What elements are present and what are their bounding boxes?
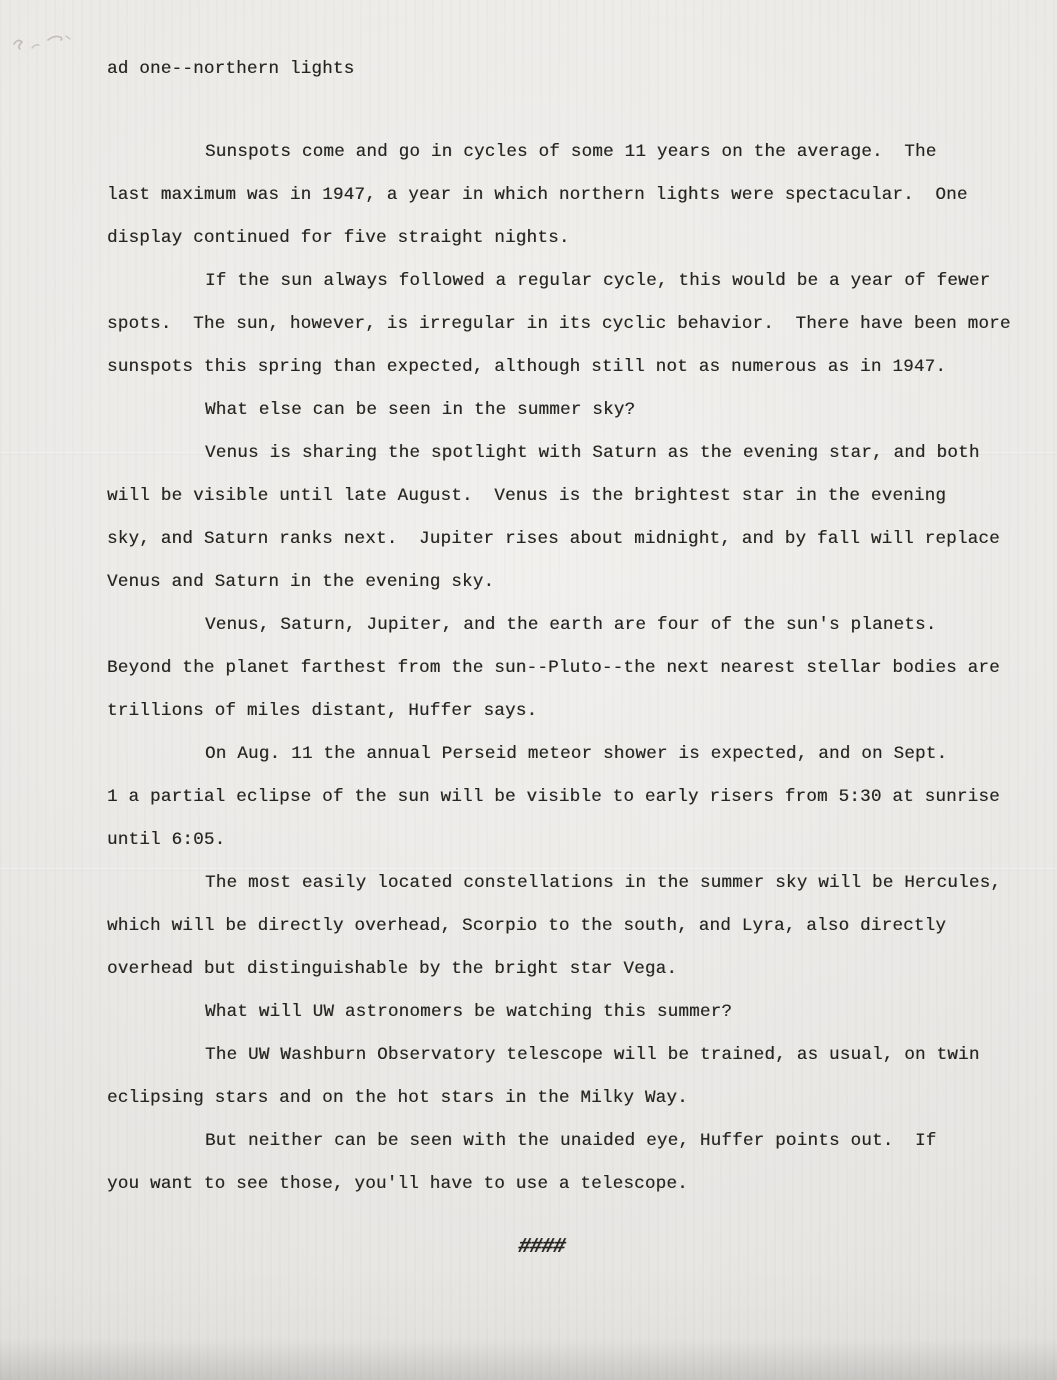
text-line: will be visible until late August. Venus… bbox=[107, 475, 1037, 518]
text-line: The most easily located constellations i… bbox=[107, 862, 1037, 905]
text-line: trillions of miles distant, Huffer says. bbox=[107, 690, 1037, 733]
pencil-mark bbox=[8, 20, 98, 60]
text-line: overhead but distinguishable by the brig… bbox=[107, 948, 1037, 991]
text-line: you want to see those, you'll have to us… bbox=[107, 1163, 1037, 1206]
text-line: If the sun always followed a regular cyc… bbox=[107, 260, 1037, 303]
text-line: eclipsing stars and on the hot stars in … bbox=[107, 1077, 1037, 1120]
text-line: The UW Washburn Observatory telescope wi… bbox=[107, 1034, 1037, 1077]
text-line: display continued for five straight nigh… bbox=[107, 217, 1037, 260]
text-line: Beyond the planet farthest from the sun-… bbox=[107, 647, 1037, 690]
text-line: What will UW astronomers be watching thi… bbox=[107, 991, 1037, 1034]
text-line: But neither can be seen with the unaided… bbox=[107, 1120, 1037, 1163]
text-line: Venus, Saturn, Jupiter, and the earth ar… bbox=[107, 604, 1037, 647]
text-line: until 6:05. bbox=[107, 819, 1037, 862]
text-line: which will be directly overhead, Scorpio… bbox=[107, 905, 1037, 948]
end-mark: #### bbox=[514, 1236, 566, 1259]
text-line: sky, and Saturn ranks next. Jupiter rise… bbox=[107, 518, 1037, 561]
text-line: last maximum was in 1947, a year in whic… bbox=[107, 174, 1037, 217]
text-line: What else can be seen in the summer sky? bbox=[107, 389, 1037, 432]
text-line: 1 a partial eclipse of the sun will be v… bbox=[107, 776, 1037, 819]
document-body: Sunspots come and go in cycles of some 1… bbox=[107, 131, 1037, 1206]
text-line: Sunspots come and go in cycles of some 1… bbox=[107, 131, 1037, 174]
scanned-document-page: ad one--northern lights Sunspots come an… bbox=[0, 0, 1057, 1380]
text-line: spots. The sun, however, is irregular in… bbox=[107, 303, 1037, 346]
text-line: sunspots this spring than expected, alth… bbox=[107, 346, 1037, 389]
text-line: On Aug. 11 the annual Perseid meteor sho… bbox=[107, 733, 1037, 776]
text-line: Venus is sharing the spotlight with Satu… bbox=[107, 432, 1037, 475]
slug-line: ad one--northern lights bbox=[107, 59, 354, 79]
text-line: Venus and Saturn in the evening sky. bbox=[107, 561, 1037, 604]
